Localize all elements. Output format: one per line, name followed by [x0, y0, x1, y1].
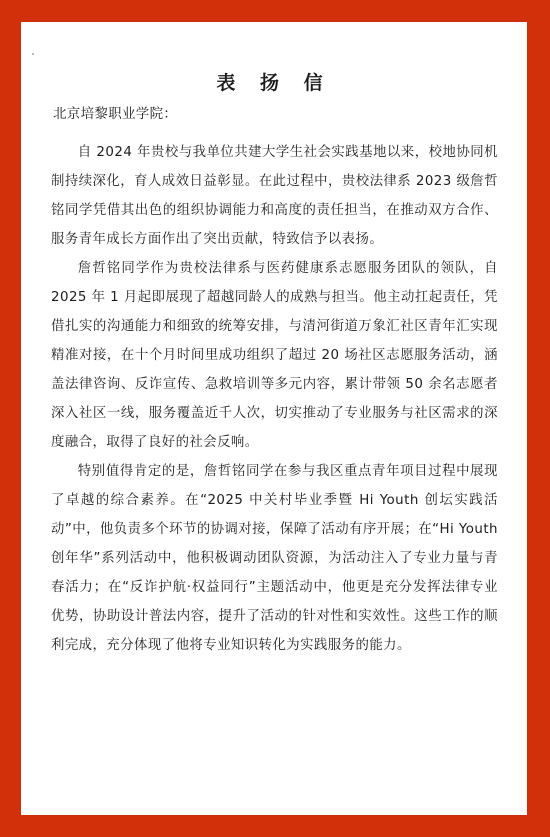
paragraph-3: 特别值得肯定的是，詹哲铭同学在参与我区重点青年项目过程中展现了卓越的综合素养。在… [51, 457, 498, 660]
paragraph-2: 詹哲铭同学作为贵校法律系与医药健康系志愿服务团队的领队，自 2025 年 1 月… [51, 254, 498, 457]
letter-body: 自 2024 年贵校与我单位共建大学生社会实践基地以来，校地协同机制持续深化，育… [51, 138, 498, 660]
scan-speck [32, 53, 34, 55]
letter-title: 表 扬 信 [21, 71, 527, 95]
letter-salutation: 北京培黎职业学院： [53, 104, 177, 124]
paragraph-1: 自 2024 年贵校与我单位共建大学生社会实践基地以来，校地协同机制持续深化，育… [51, 138, 498, 254]
letter-paper: 表 扬 信 北京培黎职业学院： 自 2024 年贵校与我单位共建大学生社会实践基… [21, 22, 527, 815]
